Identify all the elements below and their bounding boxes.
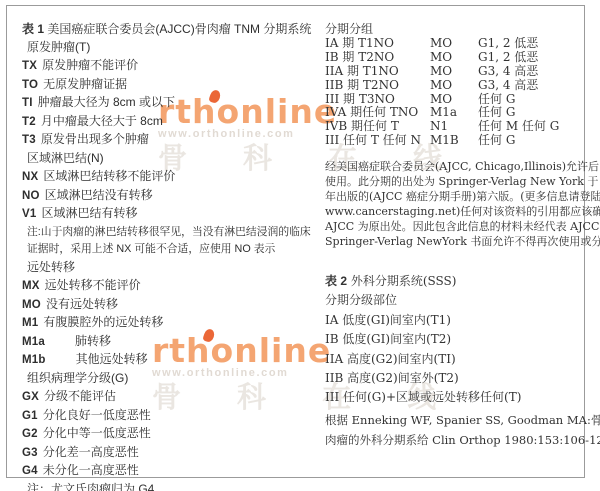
stage-m: M1B [430,134,478,148]
tnm-code: M1b [22,354,46,366]
stage-grouping-row: IIA 期 T1NO MO G3, 4 高恶 [325,65,587,79]
tnm-code: TX [22,60,37,72]
tnm-code: G3 [22,447,38,459]
tnm-description: 原发肿瘤(T) [27,40,90,54]
permission-line: 经美国癌症联合委员会(AJCC, Chicago,Illinois)允许后 [325,160,587,175]
stage-grouping-row: IIB 期 T2NO MO G3, 4 高恶 [325,79,587,93]
table1-title: 表 1 美国癌症联合委员会(AJCC)骨肉瘤 TNM 分期系统 [22,21,322,39]
stage-grouping-row: III 任何 T 任何 N M1B 任何 G [325,134,587,148]
table2-row: IIA 高度(G2)间室内(TI) [325,350,587,369]
table1-line: 组织病理学分级(G) [22,370,322,389]
table1-line: TO无原发肿瘤证据 [22,76,322,95]
stage-m: MO [430,65,478,79]
table1-line: NO区域淋巴结没有转移 [22,187,322,206]
tnm-description: 未分化一高度恶性 [43,463,139,477]
tnm-description: 组织病理学分级(G) [27,371,128,385]
stage-g: G3, 4 高恶 [478,79,538,93]
table1-line: MO没有远处转移 [22,296,322,315]
table2-row: IIB 高度(G2)间室外(T2) [325,369,587,388]
stage-m: MO [430,79,478,93]
table1-title-prefix: 表 1 [22,22,44,36]
tnm-code: M1 [22,317,38,329]
tnm-code: GX [22,391,39,403]
stage-tn: IIB 期 T2NO [325,79,430,93]
tnm-description: 区域淋巴结有转移 [41,206,137,220]
permission-line: AJCC 为原出处。因此包含此信息的材料未经代表 AJCC 的 [325,220,587,235]
tnm-description: 注：尤文氏肉瘤归为 G4 [27,482,154,491]
permission-line: Springer-Verlag NewYork 书面允许不得再次使用或分发。 [325,235,587,250]
stage-g: G3, 4 高恶 [478,65,538,79]
table1-line: 区域淋巴结(N) [22,150,322,169]
table2-subtitle: 分期分级部位 [325,291,587,310]
stage-grouping-title: 分期分组 [325,23,587,37]
tnm-description: 原发骨出现多个肿瘤 [41,132,149,146]
stage-m: M1a [430,106,478,120]
tnm-description: 原发肿瘤不能评价 [42,58,138,72]
table2-title: 表 2 外科分期系统(SSS) [325,272,587,291]
table1-line: MX远处转移不能评价 [22,277,322,296]
table1-line: T2月中瘤最大径大于 8cm [22,113,322,132]
table1-line: TI肿瘤最大径为 8cm 或以下 [22,94,322,113]
tnm-description: 肺转移 [75,334,111,348]
reference-citation: 根据 Enneking WF, Spanier SS, Goodman MA:骨… [325,410,587,450]
table1-line: TX原发肿瘤不能评价 [22,57,322,76]
tnm-code: T3 [22,134,36,146]
tnm-description: 肿瘤最大径为 8cm 或以下 [38,95,175,109]
stage-tn: IIA 期 T1NO [325,65,430,79]
stage-g: 任何 G [478,134,515,148]
tnm-description: 没有远处转移 [46,297,118,311]
tnm-code: NX [22,171,38,183]
stage-g: G1, 2 低恶 [478,37,538,51]
table1-line: 远处转移 [22,259,322,278]
tnm-description: 分化差一高度恶性 [43,445,139,459]
table1-line: G3分化差一高度恶性 [22,444,322,463]
stage-grouping-row: IB 期 T2NO MO G1, 2 低恶 [325,51,587,65]
table1-lines: 原发肿瘤(T) TX原发肿瘤不能评价 TO无原发肿瘤证据 TI肿瘤最大径为 8c… [22,39,322,491]
tnm-code: M1a [22,336,45,348]
tnm-code: NO [22,190,40,202]
table1-line: M1b其他远处转移 [22,351,322,370]
stage-m: MO [430,37,478,51]
tnm-description: 分化中等一低度恶性 [43,426,151,440]
table1-line: M1有腹膜腔外的远处转移 [22,314,322,333]
tnm-description: 分化良好一低度恶性 [43,408,151,422]
table1-line: 注:山于肉瘤的淋巴结转移很罕见，当没有淋巴结浸润的临床 [22,224,322,242]
table1-line: 证据时，采用上述 NX 可能不合适，应使用 NO 表示 [22,241,322,259]
stage-m: MO [430,93,478,107]
table2-row: III 任何(G)+区域或远处转移任何(T) [325,388,587,407]
table2-rows: IA 低度(GI)间室内(T1) IB 低度(GI)间室内(T2) IIA 高度… [325,311,587,408]
table1-title-text: 美国癌症联合委员会(AJCC)骨肉瘤 TNM 分期系统 [47,22,311,36]
stage-tn: IB 期 T2NO [325,51,430,65]
tnm-code: TI [22,97,33,109]
stage-grouping-row: IA 期 T1NO MO G1, 2 低恶 [325,37,587,51]
stage-m: N1 [430,120,478,134]
tnm-description: 区域淋巴结(N) [27,151,104,165]
table1-line: G1分化良好一低度恶性 [22,407,322,426]
table1-line: 注：尤文氏肉瘤归为 G4 [22,481,322,491]
table1-line: NX区域淋巴结转移不能评价 [22,168,322,187]
tnm-code: TO [22,79,38,91]
stage-tn: III 任何 T 任何 N [325,134,430,148]
stage-grouping-rows: IA 期 T1NO MO G1, 2 低恶 IB 期 T2NO MO G1, 2… [325,37,587,148]
tnm-description: 分级不能评估 [44,389,116,403]
ajcc-permission-paragraph: 经美国癌症联合委员会(AJCC, Chicago,Illinois)允许后 使用… [325,160,587,249]
tnm-code: G4 [22,465,38,477]
tnm-description: 无原发肿瘤证据 [43,77,127,91]
permission-line: 年出版的(AJCC 癌症分期手册)第六版。(更多信息请登陆 [325,190,587,205]
stage-grouping-section: 分期分组 IA 期 T1NO MO G1, 2 低恶 IB 期 T2NO MO … [325,23,587,148]
table1-section: 表 1 美国癌症联合委员会(AJCC)骨肉瘤 TNM 分期系统 原发肿瘤(T) … [22,21,322,491]
table2-section: 表 2 外科分期系统(SSS) 分期分级部位 IA 低度(GI)间室内(T1) … [325,272,587,408]
table2-row: IA 低度(GI)间室内(T1) [325,311,587,330]
tnm-description: 远处转移不能评价 [45,278,141,292]
tnm-code: MO [22,299,41,311]
tnm-code: T2 [22,116,36,128]
reference-line: 肉瘤的外科分期系给 Clin Orthop 1980:153:106-120 [325,430,587,450]
tnm-description: 有腹膜腔外的远处转移 [43,315,163,329]
stage-m: MO [430,51,478,65]
table1-line: T3原发骨出现多个肿瘤 [22,131,322,150]
tnm-description: 远处转移 [27,260,75,274]
permission-line: www.cancerstaging.net)任何对该资料的引用都应该确保 [325,205,587,220]
tnm-description: 其他远处转移 [76,352,148,366]
table1-line: G2分化中等一低度恶性 [22,425,322,444]
stage-g: G1, 2 低恶 [478,51,538,65]
table2-title-text: 外科分期系统(SSS) [351,274,457,288]
table2-row: IB 低度(GI)间室内(T2) [325,330,587,349]
tnm-code: V1 [22,208,36,220]
permission-line: 使用。此分期的出处为 Springer-Verlag New York 于 20… [325,175,587,190]
table2-title-prefix: 表 2 [325,274,347,288]
reference-line: 根据 Enneking WF, Spanier SS, Goodman MA:骨… [325,410,587,430]
table1-line: V1区域淋巴结有转移 [22,205,322,224]
table1-line: G4未分化一高度恶性 [22,462,322,481]
table1-line: GX分级不能评估 [22,388,322,407]
tnm-description: 区域淋巴结没有转移 [45,188,153,202]
tnm-description: 区域淋巴结转移不能评价 [43,169,175,183]
tnm-code: MX [22,280,40,292]
tnm-description: 注:山于肉瘤的淋巴结转移很罕见，当没有淋巴结浸润的临床 [27,226,311,238]
table1-line: 原发肿瘤(T) [22,39,322,58]
tnm-code: G2 [22,428,38,440]
tnm-description: 月中瘤最大径大于 8cm [41,114,163,128]
table1-line: M1a肺转移 [22,333,322,352]
tnm-description: 证据时，采用上述 NX 可能不合适，应使用 NO 表示 [27,243,275,255]
tnm-code: G1 [22,410,38,422]
stage-tn: IA 期 T1NO [325,37,430,51]
